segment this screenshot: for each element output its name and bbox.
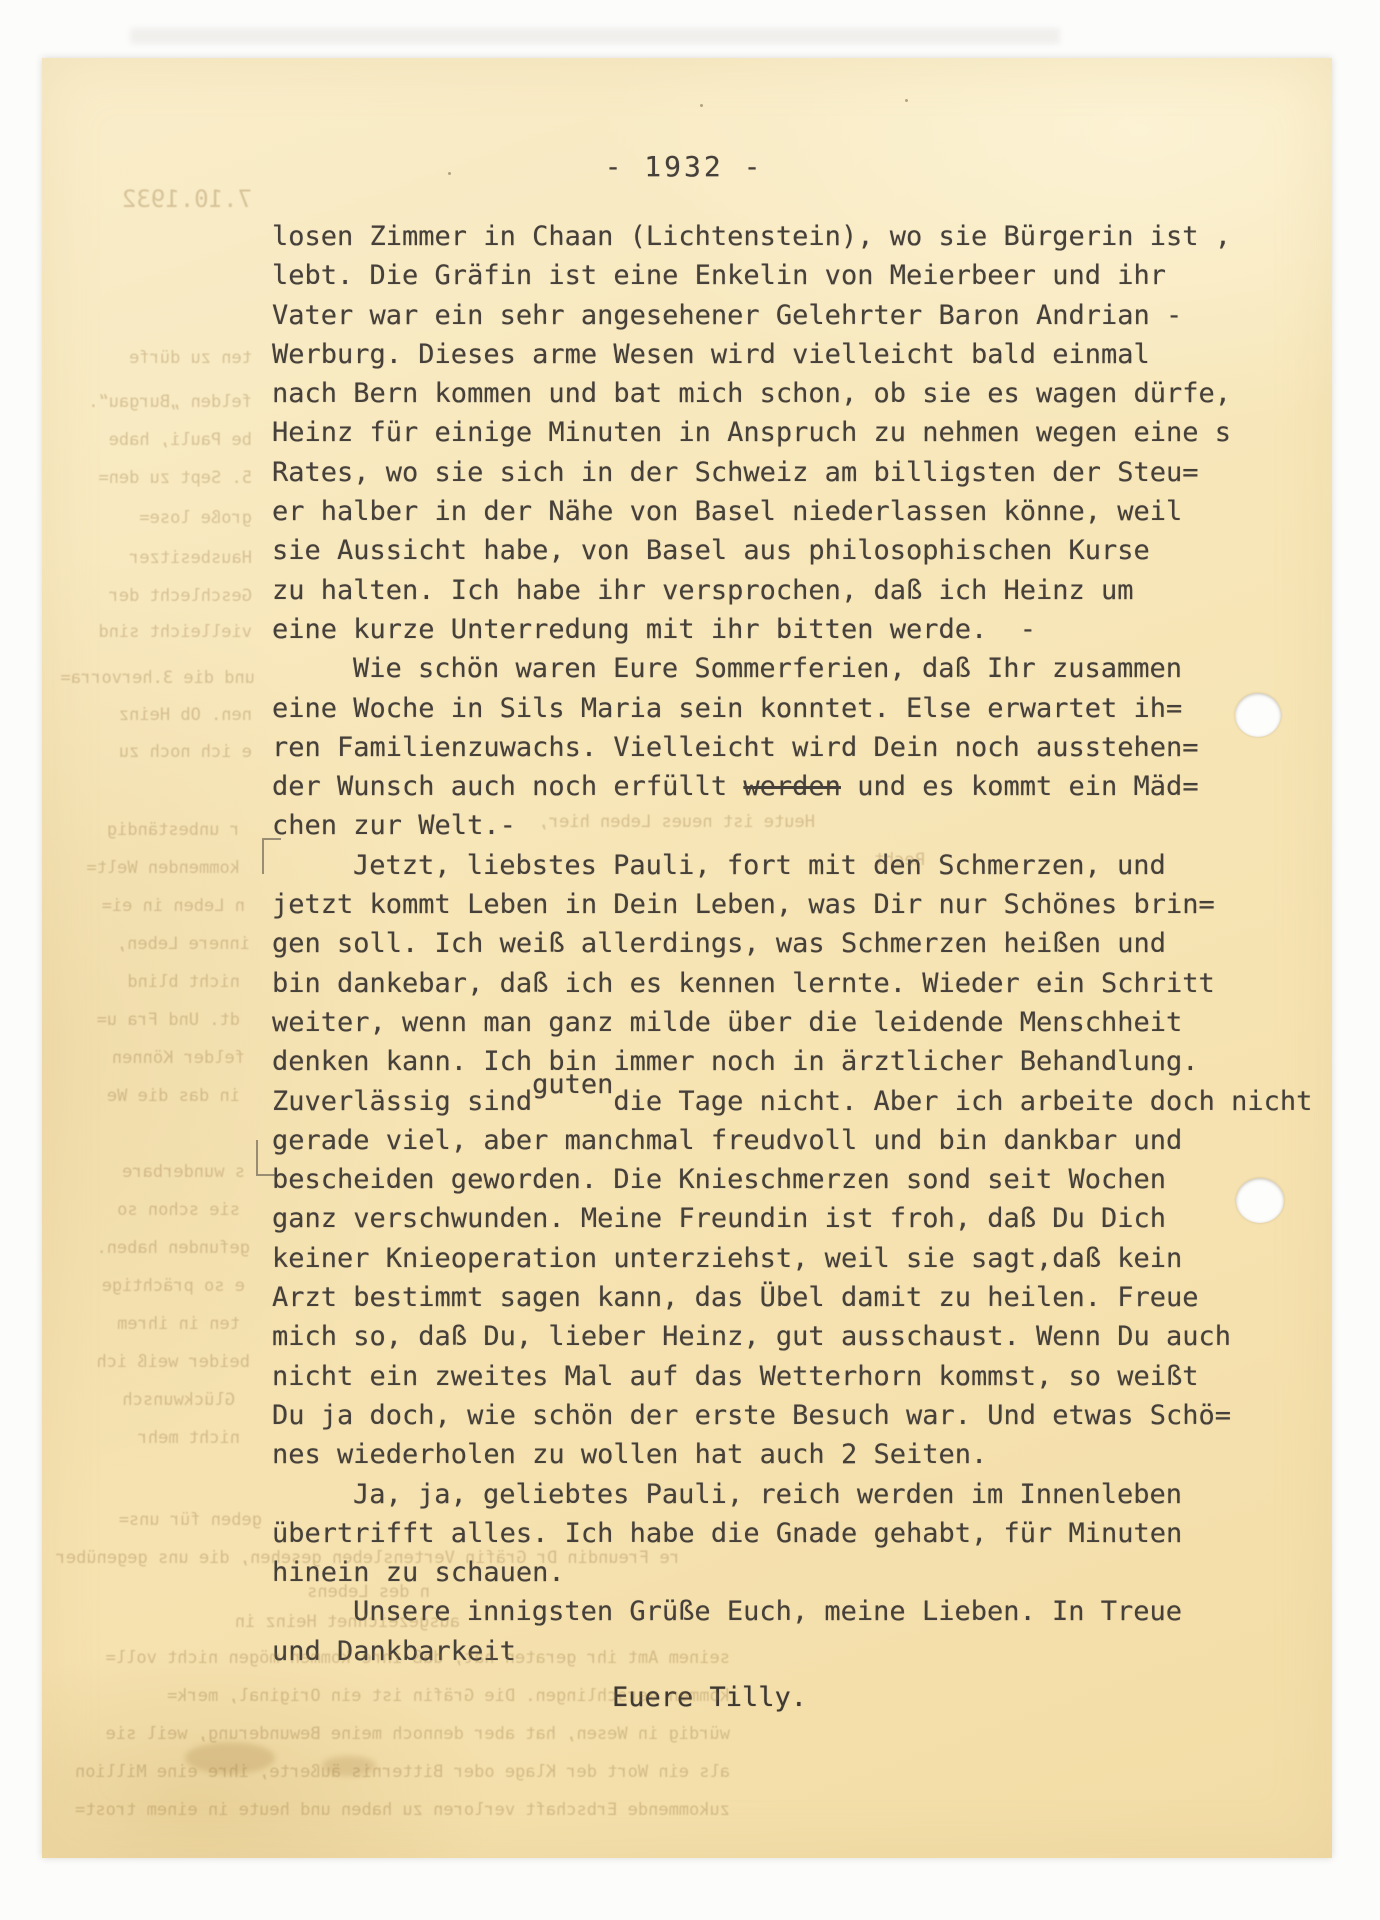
- letter-line: Vater war ein sehr angesehener Gelehrter…: [272, 300, 1282, 339]
- inserted-word-above: guten: [532, 1069, 613, 1100]
- paper-speck: [448, 172, 451, 175]
- letter-line: Du ja doch, wie schön der erste Besuch w…: [272, 1400, 1282, 1439]
- line-text: und es kommt ein Mäd=: [841, 771, 1199, 802]
- bleedthrough-line: e ich noch zu: [119, 742, 252, 762]
- letter-line: Arzt bestimmt sagen kann, das Übel damit…: [272, 1282, 1282, 1321]
- bleedthrough-line: felder Können: [112, 1048, 245, 1068]
- bleedthrough-line: dt. Und Fra u=: [97, 1010, 240, 1030]
- line-text: Jetzt, liebstes Pauli, fort mit den Schm…: [353, 850, 1166, 881]
- paper-speck: [905, 99, 908, 102]
- line-text: gerade viel, aber manchmal freudvoll und…: [272, 1125, 1182, 1156]
- bleedthrough-line: seinem Amt ihr geraten hat, daß ihre kom…: [106, 1648, 730, 1668]
- bleedthrough-line: 7.10.1932: [122, 185, 252, 213]
- line-text: zu halten. Ich habe ihr versprochen, daß…: [272, 575, 1134, 606]
- line-text: Zuverlässig sind: [272, 1086, 532, 1117]
- scanned-letter-page: - 1932 - losen Zimmer in Chaan (Lichtens…: [0, 0, 1380, 1920]
- bleedthrough-line: n des Lebens: [307, 1582, 430, 1602]
- bleedthrough-line: 5. Sept zu den=: [98, 468, 252, 488]
- letter-line: ganz verschwunden. Meine Freundin ist fr…: [272, 1203, 1282, 1242]
- bleedthrough-line: nicht blind: [127, 972, 240, 992]
- letter-line: bescheiden geworden. Die Knieschmerzen s…: [272, 1164, 1282, 1203]
- line-text: denken kann. Ich bin immer noch in ärztl…: [272, 1046, 1199, 1077]
- letter-line: Jetzt, liebstes Pauli, fort mit den Schm…: [272, 850, 1282, 889]
- letter-line: nes wiederholen zu wollen hat auch 2 Sei…: [272, 1439, 1282, 1478]
- bleedthrough-line: würdig in Wesen, hat aber dennoch meine …: [106, 1724, 730, 1744]
- bleedthrough-line: re Freundin Dr Gräfin Vertensleben geseh…: [56, 1548, 680, 1568]
- bleedthrough-line: ten zu dürfe: [129, 348, 252, 368]
- bleedthrough-line: r unbeständig: [107, 820, 240, 840]
- letter-line: sie Aussicht habe, von Basel aus philoso…: [272, 535, 1282, 574]
- bleedthrough-line: zukommende Erbschaft verloren zu haben u…: [75, 1800, 730, 1820]
- line-text: Werburg. Dieses arme Wesen wird vielleic…: [272, 339, 1150, 370]
- bleedthrough-line: kommenden Welt=: [86, 858, 240, 878]
- line-text: eine Woche in Sils Maria sein konntet. E…: [272, 693, 1182, 724]
- line-text: Wie schön waren Eure Sommerferien, daß I…: [353, 653, 1182, 684]
- bleedthrough-line: ten in ihrem: [117, 1314, 240, 1334]
- bleedthrough-line: Heute ist neues Leben hier,: [539, 812, 815, 832]
- line-text: keiner Knieoperation unterziehst, weil s…: [272, 1243, 1182, 1274]
- letter-line: zu halten. Ich habe ihr versprochen, daß…: [272, 575, 1282, 614]
- bleedthrough-line: große lose=: [139, 508, 252, 528]
- letter-line: gerade viel, aber manchmal freudvoll und…: [272, 1125, 1282, 1164]
- line-text: chen zur Welt.-: [272, 810, 516, 841]
- letter-line: Rates, wo sie sich in der Schweiz am bil…: [272, 457, 1282, 496]
- letter-line: Ja, ja, geliebtes Pauli, reich werden im…: [272, 1479, 1282, 1518]
- line-text: er halber in der Nähe von Basel niederla…: [272, 496, 1182, 527]
- letter-line: Werburg. Dieses arme Wesen wird vielleic…: [272, 339, 1282, 378]
- line-text: mich so, daß Du, lieber Heinz, gut aussc…: [272, 1321, 1231, 1352]
- letter-line: weiter, wenn man ganz milde über die lei…: [272, 1007, 1282, 1046]
- line-text: Unsere innigsten Grüße Euch, meine Liebe…: [353, 1596, 1182, 1627]
- scanner-artifact: [130, 28, 1060, 44]
- letter-line: lebt. Die Gräfin ist eine Enkelin von Me…: [272, 260, 1282, 299]
- line-text: losen Zimmer in Chaan (Lichtenstein), wo…: [272, 221, 1231, 252]
- letter-line: eine kurze Unterredung mit ihr bitten we…: [272, 614, 1282, 653]
- line-text: ren Familienzuwachs. Vielleicht wird Dei…: [272, 732, 1199, 763]
- bleedthrough-line: und die 3.hervorra=: [61, 668, 255, 688]
- letter-line: keiner Knieoperation unterziehst, weil s…: [272, 1243, 1282, 1282]
- bleedthrough-line: Geschlecht der: [109, 586, 252, 606]
- line-text: Heinz für einige Minuten in Anspruch zu …: [272, 417, 1231, 448]
- line-text: nes wiederholen zu wollen hat auch 2 Sei…: [272, 1439, 987, 1470]
- line-text: Arzt bestimmt sagen kann, das Übel damit…: [272, 1282, 1199, 1313]
- punch-hole: [1235, 693, 1281, 737]
- line-text: lebt. Die Gräfin ist eine Enkelin von Me…: [272, 260, 1166, 291]
- paper-stain: [322, 1756, 376, 1776]
- line-text: Vater war ein sehr angesehener Gelehrter…: [272, 300, 1182, 331]
- line-text: eine kurze Unterredung mit ihr bitten we…: [272, 614, 1036, 645]
- page-header-year: - 1932 -: [605, 150, 764, 183]
- bleedthrough-line: e so prächtige: [102, 1276, 245, 1296]
- line-text: übertrifft alles. Ich habe die Gnade geh…: [272, 1518, 1182, 1549]
- letter-line: Heinz für einige Minuten in Anspruch zu …: [272, 417, 1282, 456]
- bleedthrough-line: in das die We: [107, 1086, 240, 1106]
- line-text: nicht ein zweites Mal auf das Wetterhorn…: [272, 1361, 1199, 1392]
- letter-line: Zuverlässig sindgutendie Tage nicht. Abe…: [272, 1086, 1282, 1125]
- pencil-bracket-mark: [256, 1140, 275, 1176]
- letter-line: denken kann. Ich bin immer noch in ärztl…: [272, 1046, 1282, 1085]
- letter-line: bin dankebar, daß ich es kennen lernte. …: [272, 968, 1282, 1007]
- letter-line: Wie schön waren Eure Sommerferien, daß I…: [272, 653, 1282, 692]
- letter-line: gen soll. Ich weiß allerdings, was Schme…: [272, 928, 1282, 967]
- line-text: bin dankebar, daß ich es kennen lernte. …: [272, 968, 1215, 999]
- line-text: sie Aussicht habe, von Basel aus philoso…: [272, 535, 1150, 566]
- letter-line: jetzt kommt Leben in Dein Leben, was Dir…: [272, 889, 1282, 928]
- punch-hole: [1236, 1178, 1284, 1223]
- paper-speck: [700, 104, 703, 107]
- bleedthrough-line: felden „Burgau“.: [88, 392, 252, 412]
- bleedthrough-line: Recht: [874, 850, 925, 870]
- bleedthrough-line: Hausbesitzer: [129, 548, 252, 568]
- bleedthrough-line: ausgezeichnet Heinz in: [235, 1612, 460, 1632]
- bleedthrough-line: vielleicht sind: [98, 622, 252, 642]
- bleedthrough-line: Glückwunsch: [122, 1390, 235, 1410]
- line-text: ganz verschwunden. Meine Freundin ist fr…: [272, 1203, 1166, 1234]
- letter-line: er halber in der Nähe von Basel niederla…: [272, 496, 1282, 535]
- letter-line: eine Woche in Sils Maria sein konntet. E…: [272, 693, 1282, 732]
- bleedthrough-line: kommen verschlingen. Die Gräfin ist ein …: [167, 1686, 730, 1706]
- line-text: weiter, wenn man ganz milde über die lei…: [272, 1007, 1182, 1038]
- paper-stain: [185, 1742, 275, 1774]
- letter-line: mich so, daß Du, lieber Heinz, gut aussc…: [272, 1321, 1282, 1360]
- pencil-bracket-mark: [262, 838, 281, 874]
- line-text: gen soll. Ich weiß allerdings, was Schme…: [272, 928, 1166, 959]
- bleedthrough-line: nen. Ob Heinz: [119, 705, 252, 725]
- letter-line: nicht ein zweites Mal auf das Wetterhorn…: [272, 1361, 1282, 1400]
- bleedthrough-line: n Leben in ei=: [102, 896, 245, 916]
- letter-line: nach Bern kommen und bat mich schon, ob …: [272, 378, 1282, 417]
- bleedthrough-line: s wunderbare: [122, 1162, 245, 1182]
- struck-word: werden: [743, 771, 841, 802]
- line-text: Rates, wo sie sich in der Schweiz am bil…: [272, 457, 1199, 488]
- letter-line: ren Familienzuwachs. Vielleicht wird Dei…: [272, 732, 1282, 771]
- line-text: die Tage nicht. Aber ich arbeite doch ni…: [613, 1086, 1312, 1117]
- letter-line: der Wunsch auch noch erfüllt werden und …: [272, 771, 1282, 810]
- bleedthrough-line: beider weiß ich: [96, 1352, 250, 1372]
- bleedthrough-line: gefunden haben.: [96, 1238, 250, 1258]
- bleedthrough-line: als ein Wort der Klage oder Bitternis äu…: [75, 1762, 730, 1782]
- bleedthrough-line: innere Leben,: [117, 934, 250, 954]
- bleedthrough-line: nicht mehr: [138, 1428, 240, 1448]
- line-text: Du ja doch, wie schön der erste Besuch w…: [272, 1400, 1231, 1431]
- bleedthrough-line: sie schon so: [117, 1200, 240, 1220]
- line-text: der Wunsch auch noch erfüllt: [272, 771, 743, 802]
- letter-body: losen Zimmer in Chaan (Lichtenstein), wo…: [272, 221, 1282, 1675]
- line-text: bescheiden geworden. Die Knieschmerzen s…: [272, 1164, 1166, 1195]
- bleedthrough-line: be Pauli, habe: [109, 430, 252, 450]
- line-text: nach Bern kommen und bat mich schon, ob …: [272, 378, 1231, 409]
- letter-line: losen Zimmer in Chaan (Lichtenstein), wo…: [272, 221, 1282, 260]
- line-text: Ja, ja, geliebtes Pauli, reich werden im…: [353, 1479, 1182, 1510]
- line-text: jetzt kommt Leben in Dein Leben, was Dir…: [272, 889, 1215, 920]
- bleedthrough-line: geben für uns=: [119, 1510, 262, 1530]
